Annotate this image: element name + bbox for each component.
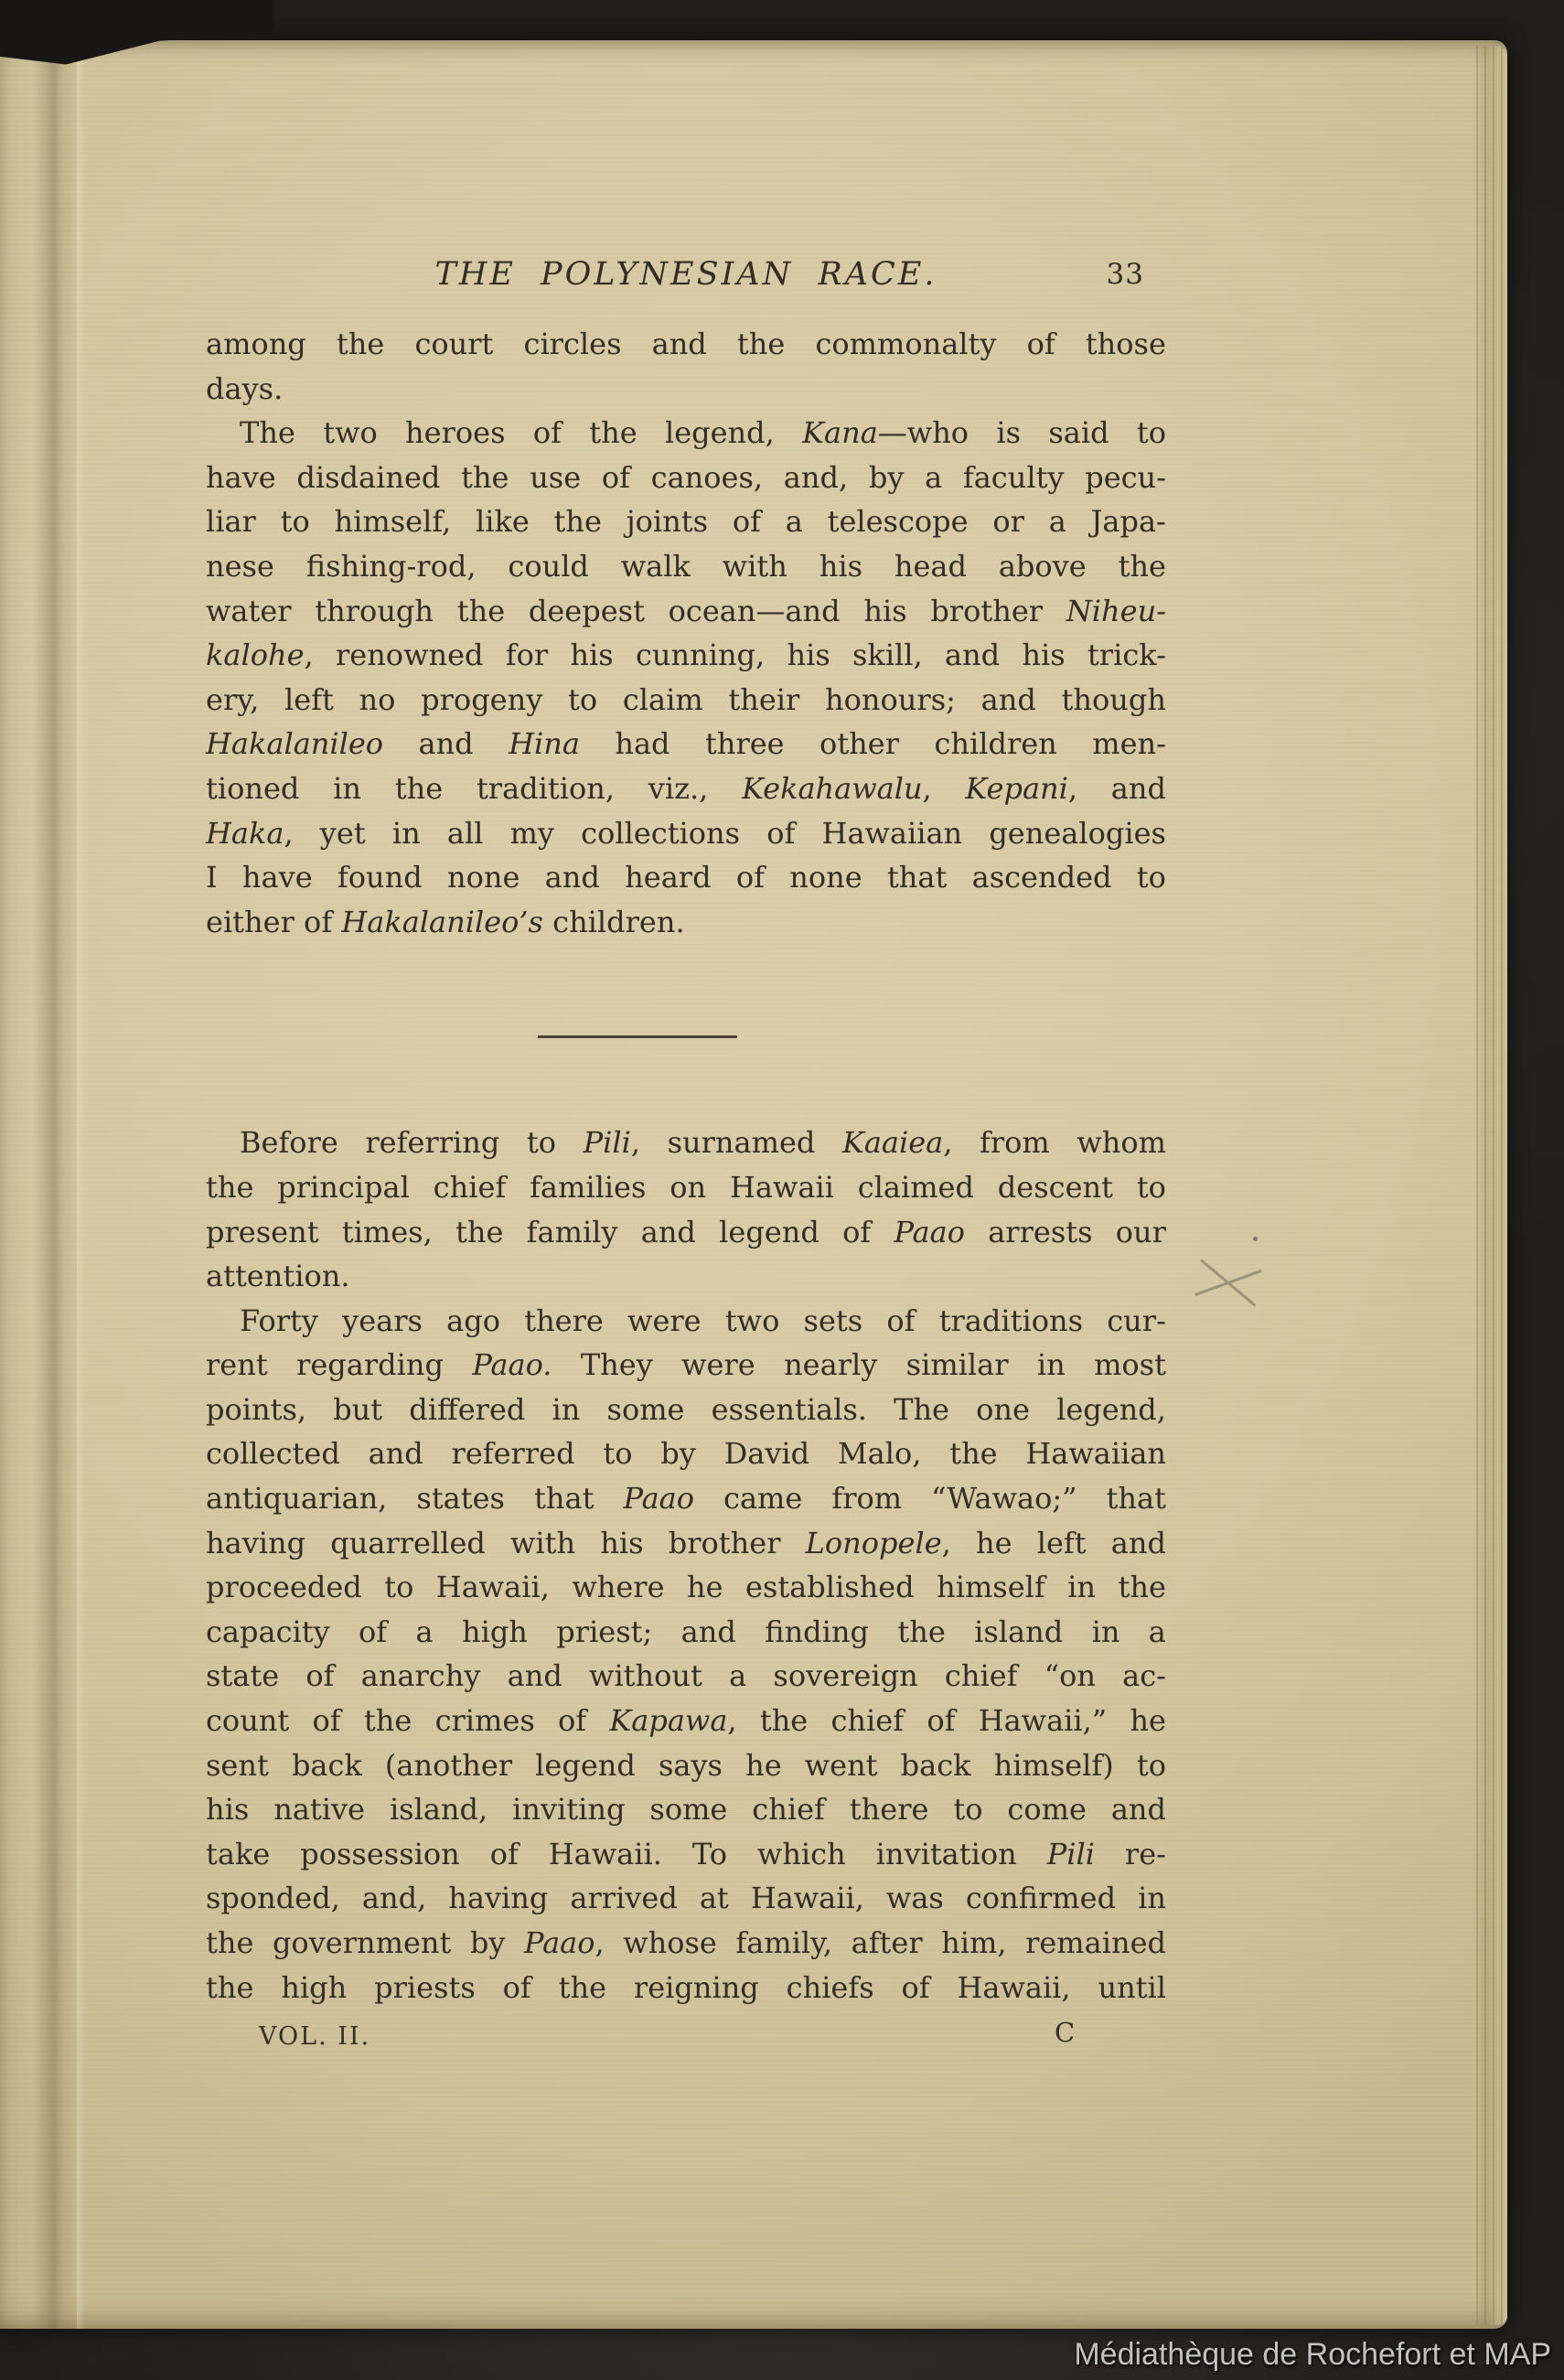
text-column: THE POLYNESIAN RACE. 33 amongthecourtcir… [206, 40, 1166, 2329]
text-line: havedisdainedtheuseofcanoes,and,byafacul… [206, 456, 1166, 500]
running-title: THE POLYNESIAN RACE. [206, 256, 1166, 293]
signature-letter: C [1055, 2017, 1075, 2048]
text-line: nesefishing-rod,couldwalkwithhisheadabov… [206, 544, 1166, 589]
text-line: stateofanarchyandwithoutasovereignchief“… [206, 1654, 1166, 1699]
text-line: Ihavefoundnoneandheardofnonethatascended… [206, 855, 1166, 900]
volume-label: VOL. II. [259, 2022, 370, 2051]
text-line: ery,leftnoprogenytoclaimtheirhonours;and… [206, 678, 1166, 723]
page-footer: VOL. II. C [206, 2017, 1166, 2063]
text-line: tionedinthetradition,viz.,Kekahawalu,Kep… [206, 767, 1166, 811]
body-text: amongthecourtcirclesandthecommonaltyofth… [206, 322, 1166, 2010]
text-line: kalohe,renownedforhiscunning,hisskill,an… [206, 633, 1166, 678]
text-line: sentback(anotherlegendsayshewentbackhims… [206, 1743, 1166, 1788]
text-line: rentregardingPaao.Theywerenearlysimilari… [206, 1343, 1166, 1388]
text-line: hisnativeisland,invitingsomechiefthereto… [206, 1787, 1166, 1832]
text-line: presenttimes,thefamilyandlegendofPaaoarr… [206, 1210, 1166, 1255]
text-line: havingquarrelledwithhisbrotherLonopele,h… [206, 1521, 1166, 1566]
book-scan-backdrop: THE POLYNESIAN RACE. 33 amongthecourtcir… [0, 0, 1564, 2380]
text-line: thehighpriestsofthereigningchiefsofHawai… [206, 1966, 1166, 2010]
text-line: Haka,yetinallmycollectionsofHawaiiangene… [206, 811, 1166, 856]
paragraph: Thetwoheroesofthelegend,Kana—whoissaidto… [206, 411, 1166, 944]
text-line: theprincipalchieffamiliesonHawaiiclaimed… [206, 1165, 1166, 1210]
text-line: antiquarian,statesthatPaaocamefrom“Wawao… [206, 1476, 1166, 1521]
paragraph: Fortyyearsagothereweretwosetsoftradition… [206, 1299, 1166, 2010]
text-line: Fortyyearsagothereweretwosetsoftradition… [206, 1299, 1166, 1344]
text-line: countofthecrimesofKapawa,thechiefofHawai… [206, 1699, 1166, 1743]
page-header: THE POLYNESIAN RACE. 33 [206, 256, 1166, 307]
paragraph: BeforereferringtoPili,surnamedKaaiea,fro… [206, 1120, 1166, 1298]
pencil-dot-mark [1253, 1237, 1258, 1241]
text-line: either of Hakalanileo’s children. [206, 900, 1166, 945]
text-line: takepossessionofHawaii.Towhichinvitation… [206, 1832, 1166, 1877]
binding-gutter-shadow [33, 40, 80, 2329]
text-line: waterthroughthedeepestocean—andhisbrothe… [206, 589, 1166, 634]
text-line: points,butdifferedinsomeessentials.Theon… [206, 1388, 1166, 1432]
book-page: THE POLYNESIAN RACE. 33 amongthecourtcir… [0, 40, 1507, 2329]
text-line: days. [206, 367, 1166, 412]
text-line: HakalanileoandHinahadthreeotherchildrenm… [206, 722, 1166, 767]
text-line: attention. [206, 1254, 1166, 1299]
text-line: thegovernmentbyPaao,whosefamily,afterhim… [206, 1921, 1166, 1966]
section-divider [538, 1035, 737, 1038]
text-line: liartohimself,likethejointsofatelescopeo… [206, 499, 1166, 544]
text-line: capacityofahighpriest;andfindingtheislan… [206, 1610, 1166, 1655]
page-edge-stack [1476, 46, 1507, 2325]
text-line: Thetwoheroesofthelegend,Kana—whoissaidto [206, 411, 1166, 456]
library-watermark: Médiathèque de Rochefort et MAP [1074, 2337, 1551, 2373]
text-line: collectedandreferredtobyDavidMalo,theHaw… [206, 1431, 1166, 1476]
paragraph: amongthecourtcirclesandthecommonaltyofth… [206, 322, 1166, 411]
text-line: BeforereferringtoPili,surnamedKaaiea,fro… [206, 1120, 1166, 1165]
text-line: proceededtoHawaii,whereheestablishedhims… [206, 1565, 1166, 1610]
gutter-highlight [77, 40, 86, 2329]
pencil-x-mark [1193, 1250, 1263, 1312]
text-line: amongthecourtcirclesandthecommonaltyofth… [206, 322, 1166, 367]
text-line: sponded,and,havingarrivedatHawaii,wascon… [206, 1876, 1166, 1921]
page-number: 33 [1107, 258, 1144, 291]
